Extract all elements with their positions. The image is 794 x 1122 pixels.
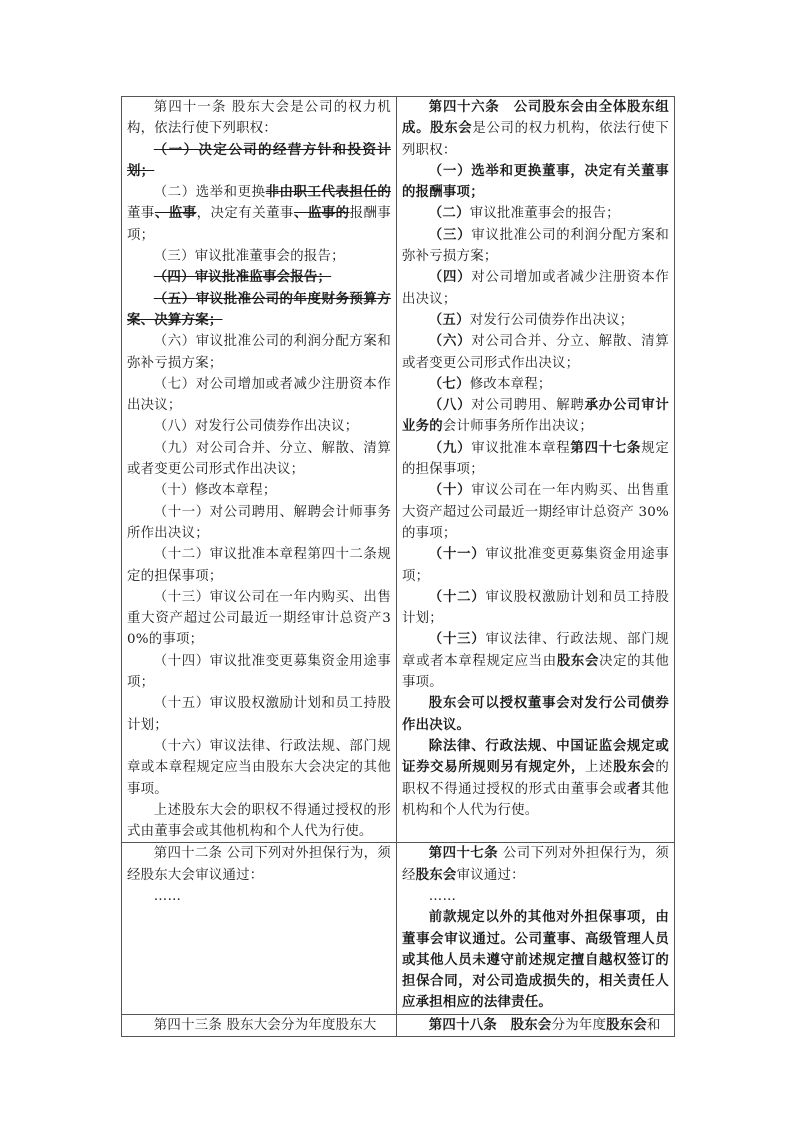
list-item: （四）对公司增加或者减少注册资本作出决议； bbox=[402, 267, 669, 310]
item-number: （四） bbox=[429, 269, 471, 285]
list-item: （九）审议批准本章程第四十七条规定的担保事项； bbox=[402, 438, 669, 481]
article-intro: 审议通过： bbox=[457, 868, 525, 883]
item-number: （二） bbox=[429, 205, 470, 221]
revised-article-cell: 第四十六条 公司股东会由全体股东组成。股东会是公司的权力机构，依法行使下列职权：… bbox=[397, 97, 675, 843]
list-item: （十）修改本章程； bbox=[127, 480, 391, 501]
list-item: （十二）审议股权激励计划和员工持股计划； bbox=[402, 587, 669, 630]
item-number: （八） bbox=[429, 397, 471, 413]
added-text: 者 bbox=[627, 781, 641, 797]
item-text: 审议批准董事会的报告； bbox=[470, 206, 620, 221]
deleted-item: （五）审议批准公司的年度财务预算方案、决算方案； bbox=[127, 289, 391, 332]
article-heading: 第四十二条 公司下列对外担保行为，须经股东大会审议通过： bbox=[127, 843, 391, 886]
item-number: （十一） bbox=[429, 546, 486, 562]
item-text: ，决定有关董事 bbox=[197, 206, 294, 221]
list-item: （十一）审议批准变更募集资金用途事项； bbox=[402, 544, 669, 587]
article-number: 第四十一条 bbox=[154, 100, 227, 115]
item-text: 审议批准本章程 bbox=[471, 441, 570, 456]
article-heading: 第四十七条 公司下列对外担保行为，须经股东会审议通过： bbox=[402, 843, 669, 886]
original-article-cell: 第四十三条 股东大会分为年度股东大 bbox=[122, 1014, 397, 1036]
deleted-text: 、监事的 bbox=[294, 205, 350, 221]
added-text: 股东会 bbox=[613, 759, 655, 775]
table-row: 第四十二条 公司下列对外担保行为，须经股东大会审议通过： …… 第四十七条 公司… bbox=[122, 843, 675, 1014]
list-item: （十一）对公司聘用、解聘会计师事务所作出决议； bbox=[127, 502, 391, 545]
deleted-text: 非由职工代表担任的 bbox=[266, 184, 391, 200]
article-number: 第四十二条 bbox=[154, 846, 222, 861]
article-intro: 股东大会分为年度股东大 bbox=[227, 1018, 377, 1033]
item-number: （十三） bbox=[429, 631, 486, 647]
list-item: （十二）审议批准本章程第四十二条规定的担保事项； bbox=[127, 544, 391, 587]
article-heading: 第四十六条 公司股东会由全体股东组成。股东会是公司的权力机构，依法行使下列职权： bbox=[402, 97, 669, 161]
list-item: （六）对公司合并、分立、解散、清算或者变更公司形式作出决议； bbox=[402, 331, 669, 374]
list-item: （十三）审议法律、行政法规、部门规章或者本章程规定应当由股东会决定的其他事项。 bbox=[402, 629, 669, 693]
revised-article-cell: 第四十七条 公司下列对外担保行为，须经股东会审议通过： …… 前款规定以外的其他… bbox=[397, 843, 675, 1014]
item-number: （三） bbox=[429, 227, 471, 243]
articles-comparison-table: 第四十一条 股东大会是公司的权力机构，依法行使下列职权： （一）决定公司的经营方… bbox=[121, 96, 675, 1037]
item-text: 会计师事务所作出决议； bbox=[443, 419, 593, 434]
article-number: 第四十八条 股东会 bbox=[429, 1017, 552, 1033]
closing-paragraph: 除法律、行政法规、中国证监会规定或证券交易所规则另有规定外，上述股东会的职权不得… bbox=[402, 736, 669, 821]
article-number: 第四十七条 bbox=[429, 845, 498, 861]
list-item: （八）对发行公司债券作出决议； bbox=[127, 416, 391, 437]
article-heading: 第四十八条 股东会分为年度股东会和 bbox=[402, 1015, 669, 1036]
list-item: （七）修改本章程； bbox=[402, 374, 669, 395]
list-item: （五）对发行公司债券作出决议； bbox=[402, 310, 669, 331]
article-heading: 第四十一条 股东大会是公司的权力机构，依法行使下列职权： bbox=[127, 97, 391, 140]
deleted-text: （四）审议批准监事会报告； bbox=[154, 269, 331, 285]
added-item: （一）选举和更换董事，决定有关董事的报酬事项； bbox=[402, 161, 669, 204]
item-text: 上述 bbox=[585, 760, 613, 775]
deleted-text: （一）决定公司的经营方针和投资计划； bbox=[127, 142, 391, 179]
item-text: （二）选举和更换 bbox=[154, 185, 266, 200]
original-article-cell: 第四十一条 股东大会是公司的权力机构，依法行使下列职权： （一）决定公司的经营方… bbox=[122, 97, 397, 843]
list-item: （二）审议批准董事会的报告； bbox=[402, 203, 669, 224]
item-text: 对发行公司债券作出决议； bbox=[470, 313, 634, 328]
list-item: （三）审议批准董事会的报告； bbox=[127, 246, 391, 267]
list-item: （十三）审议公司在一年内购买、出售重大资产超过公司最近一期经审计总资产30%的事… bbox=[127, 587, 391, 651]
deleted-text: （五）审议批准公司的年度财务预算方案、决算方案； bbox=[127, 291, 391, 328]
item-number: （五） bbox=[429, 312, 470, 328]
added-paragraph: 前款规定以外的其他对外担保事项，由董事会审议通过。公司董事、高级管理人员或其他人… bbox=[402, 907, 669, 1013]
item-number: （十二） bbox=[429, 589, 486, 605]
added-text: 第四十七条 bbox=[570, 440, 641, 456]
list-item: （二）选举和更换非由职工代表担任的董事、监事，决定有关董事、监事的报酬事项； bbox=[127, 182, 391, 246]
revised-article-cell: 第四十八条 股东会分为年度股东会和 bbox=[397, 1014, 675, 1036]
table-row: 第四十三条 股东大会分为年度股东大 第四十八条 股东会分为年度股东会和 bbox=[122, 1014, 675, 1036]
added-text: 股东会 bbox=[557, 653, 599, 669]
list-item: （九）对公司合并、分立、解散、清算或者变更公司形式作出决议； bbox=[127, 438, 391, 481]
list-item: （十五）审议股权激励计划和员工持股计划； bbox=[127, 693, 391, 736]
added-text: 股东会 bbox=[416, 867, 457, 883]
list-item: （十四）审议批准变更募集资金用途事项； bbox=[127, 651, 391, 694]
list-item: （三）审议批准公司的利润分配方案和弥补亏损方案； bbox=[402, 225, 669, 268]
article-intro: 和 bbox=[647, 1018, 661, 1033]
item-number: （九） bbox=[429, 440, 471, 456]
deleted-item: （四）审议批准监事会报告； bbox=[127, 267, 391, 288]
item-number: （十） bbox=[429, 482, 471, 498]
list-item: （六）审议批准公司的利润分配方案和弥补亏损方案； bbox=[127, 331, 391, 374]
closing-paragraph: 上述股东大会的职权不得通过授权的形式由董事会或其他机构和个人代为行使。 bbox=[127, 800, 391, 843]
original-article-cell: 第四十二条 公司下列对外担保行为，须经股东大会审议通过： …… bbox=[122, 843, 397, 1014]
list-item: （十）审议公司在一年内购买、出售重大资产超过公司最近一期经审计总资产 30%的事… bbox=[402, 480, 669, 544]
list-item: （七）对公司增加或者减少注册资本作出决议； bbox=[127, 374, 391, 417]
added-paragraph: 股东会可以授权董事会对发行公司债券作出决议。 bbox=[402, 693, 669, 736]
list-item: （十六）审议法律、行政法规、部门规章或本章程规定应当由股东大会决定的其他事项。 bbox=[127, 736, 391, 800]
article-number: 第四十三条 bbox=[154, 1018, 222, 1033]
ellipsis: …… bbox=[402, 886, 669, 907]
deleted-item: （一）决定公司的经营方针和投资计划； bbox=[127, 140, 391, 183]
list-item: （八）对公司聘用、解聘承办公司审计业务的会计师事务所作出决议； bbox=[402, 395, 669, 438]
item-text: 修改本章程； bbox=[470, 377, 552, 392]
table-row: 第四十一条 股东大会是公司的权力机构，依法行使下列职权： （一）决定公司的经营方… bbox=[122, 97, 675, 843]
ellipsis: …… bbox=[127, 886, 391, 907]
item-text: 对公司聘用、解聘 bbox=[471, 398, 584, 413]
article-intro: 分为年度 bbox=[552, 1018, 607, 1033]
item-number: （六） bbox=[429, 333, 471, 349]
item-number: （七） bbox=[429, 376, 470, 392]
added-text: 股东会 bbox=[606, 1017, 647, 1033]
article-heading: 第四十三条 股东大会分为年度股东大 bbox=[127, 1015, 391, 1036]
deleted-text: 、监事 bbox=[155, 205, 197, 221]
item-text: 董事 bbox=[127, 206, 155, 221]
